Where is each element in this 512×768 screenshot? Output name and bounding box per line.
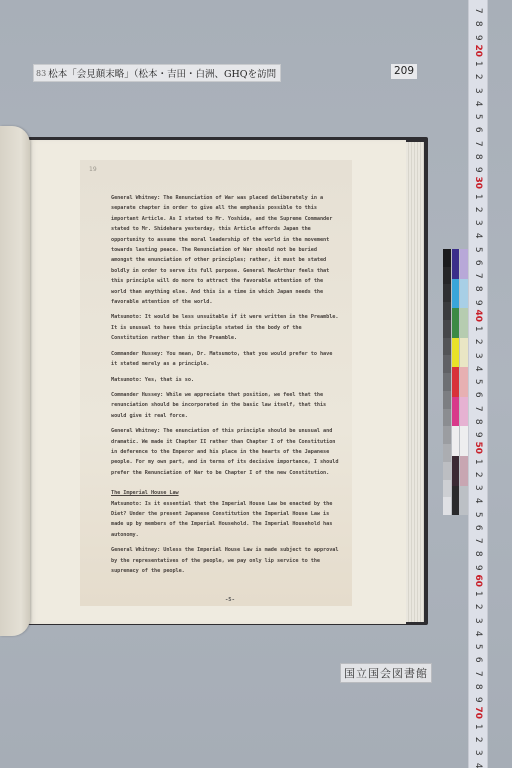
color-patch (443, 320, 451, 338)
measuring-ruler: 7892012345678930123456789401234567895012… (468, 0, 488, 768)
document-body: General Whitney: The Renunciation of War… (111, 193, 341, 581)
paragraph: Commander Hussey: While we appreciate th… (111, 390, 341, 421)
paragraph: Commander Hussey: You mean, Dr. Matsumot… (111, 349, 341, 370)
paragraph: Matsumoto: Yes, that is so. (111, 375, 341, 385)
color-patch (452, 426, 460, 456)
paragraph: Matsumoto: It would be less unsuitable i… (111, 312, 341, 343)
color-patch (460, 279, 468, 309)
color-patch (443, 249, 451, 267)
paragraph: General Whitney: Unless the Imperial Hou… (111, 545, 341, 576)
color-patch (452, 249, 460, 279)
color-patch (460, 456, 468, 486)
color-patch (460, 367, 468, 397)
library-watermark-label: 国立国会図書館 (340, 663, 432, 683)
ruler-tick-label: 4 (470, 757, 486, 768)
caption-number: 83 (36, 69, 46, 78)
color-patch (443, 426, 451, 444)
color-calibration-chart (443, 249, 468, 515)
gray-scale-column (443, 249, 451, 515)
color-patch (460, 426, 468, 456)
color-patch (460, 338, 468, 368)
color-patch (460, 249, 468, 279)
color-patch (452, 456, 460, 486)
color-patch (443, 373, 451, 391)
color-patch (443, 284, 451, 302)
color-patch (443, 444, 451, 462)
color-patch (443, 302, 451, 320)
book-left-page-curl (0, 126, 30, 636)
color-patch (443, 355, 451, 373)
color-patch (443, 497, 451, 515)
paragraph: General Whitney: The enunciation of this… (111, 426, 341, 478)
sheet-corner-number: 19 (89, 166, 97, 173)
color-patch (452, 367, 460, 397)
color-patch (443, 391, 451, 409)
page-number-label: 209 (391, 64, 417, 79)
tint-patch-column (460, 249, 468, 515)
paragraph: Matsumoto: Is it essential that the Impe… (111, 499, 341, 541)
color-patch (443, 338, 451, 356)
sheet-page-number: -5- (225, 597, 235, 603)
caption-title: 松本「会見顛末略」（松本・吉田・白洲、GHQを訪問 (48, 66, 276, 80)
color-patch (452, 486, 460, 516)
color-patch (452, 338, 460, 368)
color-patch (452, 397, 460, 427)
color-patch-column (452, 249, 460, 515)
color-patch (443, 480, 451, 498)
color-patch (443, 409, 451, 427)
color-patch (460, 308, 468, 338)
paragraph: General Whitney: The Renunciation of War… (111, 193, 341, 307)
section-heading: The Imperial House Law (111, 488, 341, 498)
color-patch (460, 486, 468, 516)
typed-document-sheet: 19 General Whitney: The Renunciation of … (80, 160, 352, 606)
document-caption: 83 松本「会見顛末略」（松本・吉田・白洲、GHQを訪問 (33, 64, 281, 82)
color-patch (460, 397, 468, 427)
color-patch (452, 279, 460, 309)
color-patch (452, 308, 460, 338)
color-patch (443, 267, 451, 285)
color-patch (443, 462, 451, 480)
